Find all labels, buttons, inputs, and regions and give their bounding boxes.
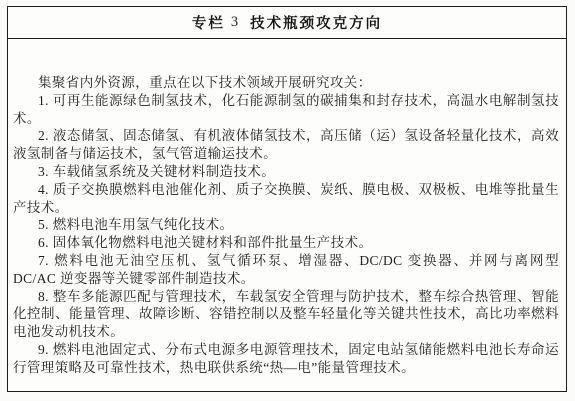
list-item-5: 5. 燃料电池车用氢气纯化技术。 bbox=[13, 216, 559, 234]
panel-title-text: 技术瓶颈攻克方向 bbox=[250, 12, 382, 33]
column-box: 专栏 3 技术瓶颈攻克方向 集聚省内外资源，重点在以下技术领域开展研究攻关： 1… bbox=[7, 6, 567, 392]
list-item-4: 4. 质子交换膜燃料电池催化剂、质子交换膜、炭纸、膜电极、双极板、电堆等批量生产… bbox=[13, 181, 559, 217]
list-item-2: 2. 液态储氢、固态储氢、有机液体储氢技术，高压储（运）氢设备轻量化技术，高效液… bbox=[13, 127, 559, 163]
intro-paragraph: 集聚省内外资源，重点在以下技术领域开展研究攻关： bbox=[13, 74, 559, 92]
panel-title: 专栏 3 技术瓶颈攻克方向 bbox=[8, 7, 566, 39]
list-item-6: 6. 固体氧化物燃料电池关键材料和部件批量生产技术。 bbox=[13, 234, 559, 252]
list-item-8: 8. 整车多能源匹配与管理技术，车载氢安全管理与防护技术，整车综合热管理、智能化… bbox=[13, 288, 559, 341]
list-item-9: 9. 燃料电池固定式、分布式电源多电源管理技术，固定电站氢储能燃料电池长寿命运行… bbox=[13, 341, 559, 377]
list-item-7: 7. 燃料电池无油空压机、氢气循环泵、增湿器、DC/DC 变换器、并网与离网型 … bbox=[13, 252, 559, 288]
panel-body: 集聚省内外资源，重点在以下技术领域开展研究攻关： 1. 可再生能源绿色制氢技术，… bbox=[8, 39, 566, 377]
panel-title-prefix: 专栏 bbox=[192, 12, 225, 33]
list-item-1: 1. 可再生能源绿色制氢技术，化石能源制氢的碳捕集和封存技术，高温水电解制氢技术… bbox=[13, 92, 559, 128]
list-item-3: 3. 车载储氢系统及关键材料制造技术。 bbox=[13, 163, 559, 181]
panel-title-number: 3 bbox=[231, 14, 238, 31]
